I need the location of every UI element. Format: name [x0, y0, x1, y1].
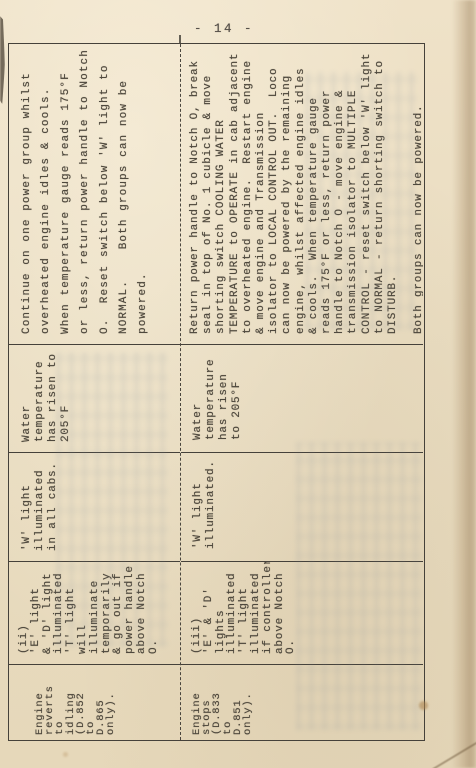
- text-line: or less, return power handle to Notch: [76, 48, 95, 334]
- text-line: DISTURB.: [387, 48, 400, 334]
- text-line: 205°F: [60, 347, 73, 442]
- cell-text-lines: Return power handle to Notch O, breaksea…: [189, 48, 400, 334]
- text-line: if controller: [263, 564, 275, 654]
- fault-table: Enginerevertstoidling(D.852toD.865only).…: [8, 43, 425, 741]
- page-number: - 14 -: [0, 22, 448, 36]
- text-line: 'E' light: [31, 564, 43, 654]
- text-line: illuminated: [251, 564, 263, 654]
- text-line: reads 175°F or less, return power: [321, 48, 334, 334]
- text-line: 'W' light: [21, 455, 34, 551]
- text-line: illuminated: [34, 455, 47, 551]
- text-line: to overheated engine. Restart engine: [242, 48, 255, 334]
- text-line: in all cabs.: [47, 455, 60, 551]
- text-line: seal in top of No. 1 cubicle & move: [202, 48, 215, 334]
- text-line: O.: [149, 564, 161, 654]
- text-line: engine, whilst affected engine idles: [295, 48, 308, 334]
- text-line: can now be powered by the remaining: [281, 48, 294, 334]
- text-line: isolator to LOCAL CONTROL OUT. Loco: [268, 48, 281, 334]
- cell-r1-effect: Enginerevertstoidling(D.852toD.865only).: [9, 664, 180, 740]
- text-line: temperature: [205, 347, 218, 440]
- text-line: overheated engine idles & cools.: [37, 48, 56, 334]
- cell-r2-warning-light: 'W' lightilluminated.: [181, 452, 423, 561]
- text-line: CONTROL - reset switch below 'W' light: [361, 48, 374, 334]
- text-line: & cools. When temperature gauge: [308, 48, 321, 334]
- text-line: shorting switch COOLING WATER: [215, 48, 228, 334]
- text-line: above Notch: [137, 564, 149, 654]
- text-line: NORMAL. Both groups can now be: [115, 48, 134, 334]
- text-line: will: [78, 564, 90, 654]
- text-line: temperature: [34, 347, 47, 442]
- cell-r1-indicator-lights: (ii)'E' light& 'D' lightilluminated'T' l…: [9, 561, 180, 664]
- text-line: & move engine and Transmission: [255, 48, 268, 334]
- text-line: has risen: [218, 347, 231, 440]
- table-row-1: Enginerevertstoidling(D.852toD.865only).…: [9, 44, 180, 740]
- row-separator-overshoot: [179, 35, 181, 44]
- cell-r1-action: Continue on one power group whilstoverhe…: [9, 44, 180, 344]
- table-row-2: Enginestops(D.833toD.851only). (iii)'E' …: [180, 44, 423, 740]
- text-line: 'W' light: [192, 455, 205, 549]
- text-line: to NORMAL - return shorting switch to: [374, 48, 387, 334]
- foxing-spot: [63, 752, 68, 757]
- scanned-document-page: - 14 - Enginerevertstoidling(D.852toD.86…: [0, 0, 476, 768]
- cell-r2-indicator-lights: (iii)'E' & 'D'lightsilluminated'T' light…: [181, 561, 423, 664]
- text-line: has risen to: [47, 347, 60, 442]
- cell-r1-warning-light: 'W' lightilluminatedin all cabs.: [9, 452, 180, 561]
- text-line: illuminated.: [205, 455, 218, 549]
- text-line: handle to Notch O - move engine &: [334, 48, 347, 334]
- text-line: When temperature gauge reads 175°F: [57, 48, 76, 334]
- foxing-spot: [419, 701, 428, 710]
- cell-footer-text: Both groups can now be powered.: [413, 48, 423, 334]
- text-line: TEMPERATURE to OPERATE in cab adjacent: [229, 48, 242, 334]
- cell-r2-action: Return power handle to Notch O, breaksea…: [181, 44, 423, 344]
- text-line: 'E' & 'D': [204, 564, 216, 654]
- cell-r2-cause: Watertemperaturehas risento 205°F: [181, 344, 423, 452]
- page-edge-shadow: [452, 0, 476, 768]
- text-line: Water: [192, 347, 205, 440]
- text-line: O.: [286, 564, 298, 654]
- cell-r1-cause: Watertemperaturehas risen to205°F: [9, 344, 180, 452]
- text-line: Water: [21, 347, 34, 442]
- text-line: only).: [243, 667, 253, 735]
- text-line: O. Reset switch below 'W' light to: [96, 48, 115, 334]
- text-line: Continue on one power group whilst: [18, 48, 37, 334]
- text-line: transmission isolator to MULTIPLE: [347, 48, 360, 334]
- cell-r2-effect: Enginestops(D.833toD.851only).: [181, 664, 423, 740]
- text-line: only).: [106, 667, 116, 735]
- text-line: Return power handle to Notch O, break: [189, 48, 202, 334]
- text-line: to 205°F: [231, 347, 244, 440]
- text-line: powered.: [134, 48, 153, 334]
- text-line: illuminate: [90, 564, 102, 654]
